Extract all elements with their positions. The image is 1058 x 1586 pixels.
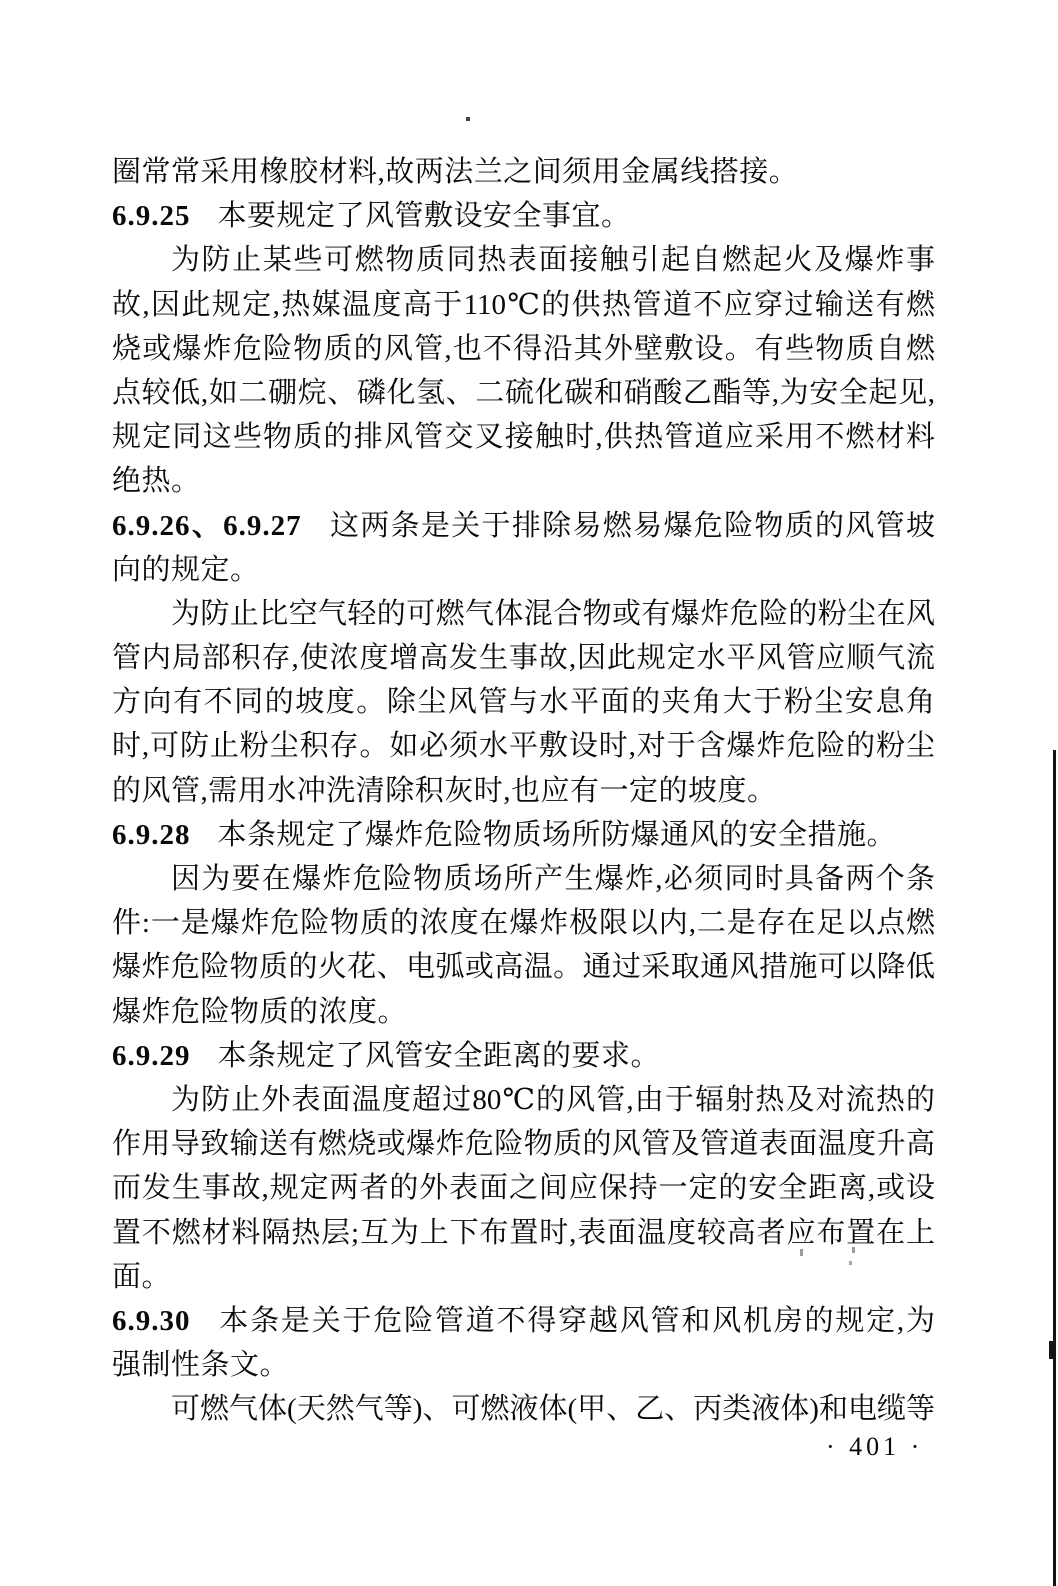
section-heading-text: 这两条是关于排除易燃易爆危险物质的风管坡	[329, 510, 935, 542]
page-number: · 401 ·	[826, 1432, 923, 1462]
section-heading-6-9-30: 6.9.30本条是关于危险管道不得穿越风管和风机房的规定,为	[112, 1299, 935, 1343]
scan-edge-mark	[1049, 1341, 1056, 1359]
section-number: 6.9.30	[112, 1305, 191, 1337]
text-line: 点较低,如二硼烷、磷化氢、二硫化碳和硝酸乙酯等,为安全起见,	[112, 371, 935, 415]
text-line: 为防止比空气轻的可燃气体混合物或有爆炸危险的粉尘在风	[112, 592, 935, 636]
scan-speck	[800, 1249, 803, 1256]
scan-speck	[852, 1247, 855, 1253]
scanned-page-text-block: 圈常常采用橡胶材料,故两法兰之间须用金属线搭接。 6.9.25本要规定了风管敷设…	[112, 150, 935, 1431]
scan-edge-line	[1053, 750, 1056, 1586]
section-heading-text: 本条是关于危险管道不得穿越风管和风机房的规定,为	[218, 1305, 936, 1337]
section-heading-text: 本条规定了风管安全距离的要求。	[218, 1040, 661, 1072]
text-line: 可燃气体(天然气等)、可燃液体(甲、乙、丙类液体)和电缆等	[112, 1387, 935, 1431]
text-line: 绝热。	[112, 459, 935, 503]
text-line: 因为要在爆炸危险物质场所产生爆炸,必须同时具备两个条	[112, 857, 935, 901]
scan-speck	[849, 1261, 852, 1265]
text-line: 烧或爆炸危险物质的风管,也不得沿其外壁敷设。有些物质自燃	[112, 327, 935, 371]
text-line: 件:一是爆炸危险物质的浓度在爆炸极限以内,二是存在足以点燃	[112, 901, 935, 945]
text-line: 而发生事故,规定两者的外表面之间应保持一定的安全距离,或设	[112, 1166, 935, 1210]
scan-speck	[466, 117, 470, 121]
section-number: 6.9.28	[112, 819, 191, 851]
text-line: 置不燃材料隔热层;互为上下布置时,表面温度较高者应布置在上	[112, 1211, 935, 1255]
text-line: 作用导致输送有燃烧或爆炸危险物质的风管及管道表面温度升高	[112, 1122, 935, 1166]
section-number: 6.9.25	[112, 200, 191, 232]
section-heading-6-9-26-27: 6.9.26、6.9.27这两条是关于排除易燃易爆危险物质的风管坡	[112, 504, 935, 548]
section-number: 6.9.26、6.9.27	[112, 510, 302, 542]
text-line: 圈常常采用橡胶材料,故两法兰之间须用金属线搭接。	[112, 150, 935, 194]
section-heading-6-9-29: 6.9.29本条规定了风管安全距离的要求。	[112, 1034, 935, 1078]
text-line: 强制性条文。	[112, 1343, 935, 1387]
section-number: 6.9.29	[112, 1040, 191, 1072]
text-line: 面。	[112, 1255, 935, 1299]
text-line: 为防止某些可燃物质同热表面接触引起自燃起火及爆炸事	[112, 238, 935, 282]
text-line: 的风管,需用水冲洗清除积灰时,也应有一定的坡度。	[112, 769, 935, 813]
section-heading-6-9-25: 6.9.25本要规定了风管敷设安全事宜。	[112, 194, 935, 238]
text-line: 为防止外表面温度超过80℃的风管,由于辐射热及对流热的	[112, 1078, 935, 1122]
text-line: 向的规定。	[112, 548, 935, 592]
section-heading-text: 本条规定了爆炸危险物质场所防爆通风的安全措施。	[218, 819, 897, 851]
section-heading-6-9-28: 6.9.28本条规定了爆炸危险物质场所防爆通风的安全措施。	[112, 813, 935, 857]
text-line: 故,因此规定,热媒温度高于110℃的供热管道不应穿过输送有燃	[112, 283, 935, 327]
text-line: 爆炸危险物质的火花、电弧或高温。通过采取通风措施可以降低	[112, 945, 935, 989]
text-line: 时,可防止粉尘积存。如必须水平敷设时,对于含爆炸危险的粉尘	[112, 724, 935, 768]
text-line: 爆炸危险物质的浓度。	[112, 990, 935, 1034]
section-heading-text: 本要规定了风管敷设安全事宜。	[218, 200, 631, 232]
text-line: 规定同这些物质的排风管交叉接触时,供热管道应采用不燃材料	[112, 415, 935, 459]
text-line: 管内局部积存,使浓度增高发生事故,因此规定水平风管应顺气流	[112, 636, 935, 680]
text-line: 方向有不同的坡度。除尘风管与水平面的夹角大于粉尘安息角	[112, 680, 935, 724]
